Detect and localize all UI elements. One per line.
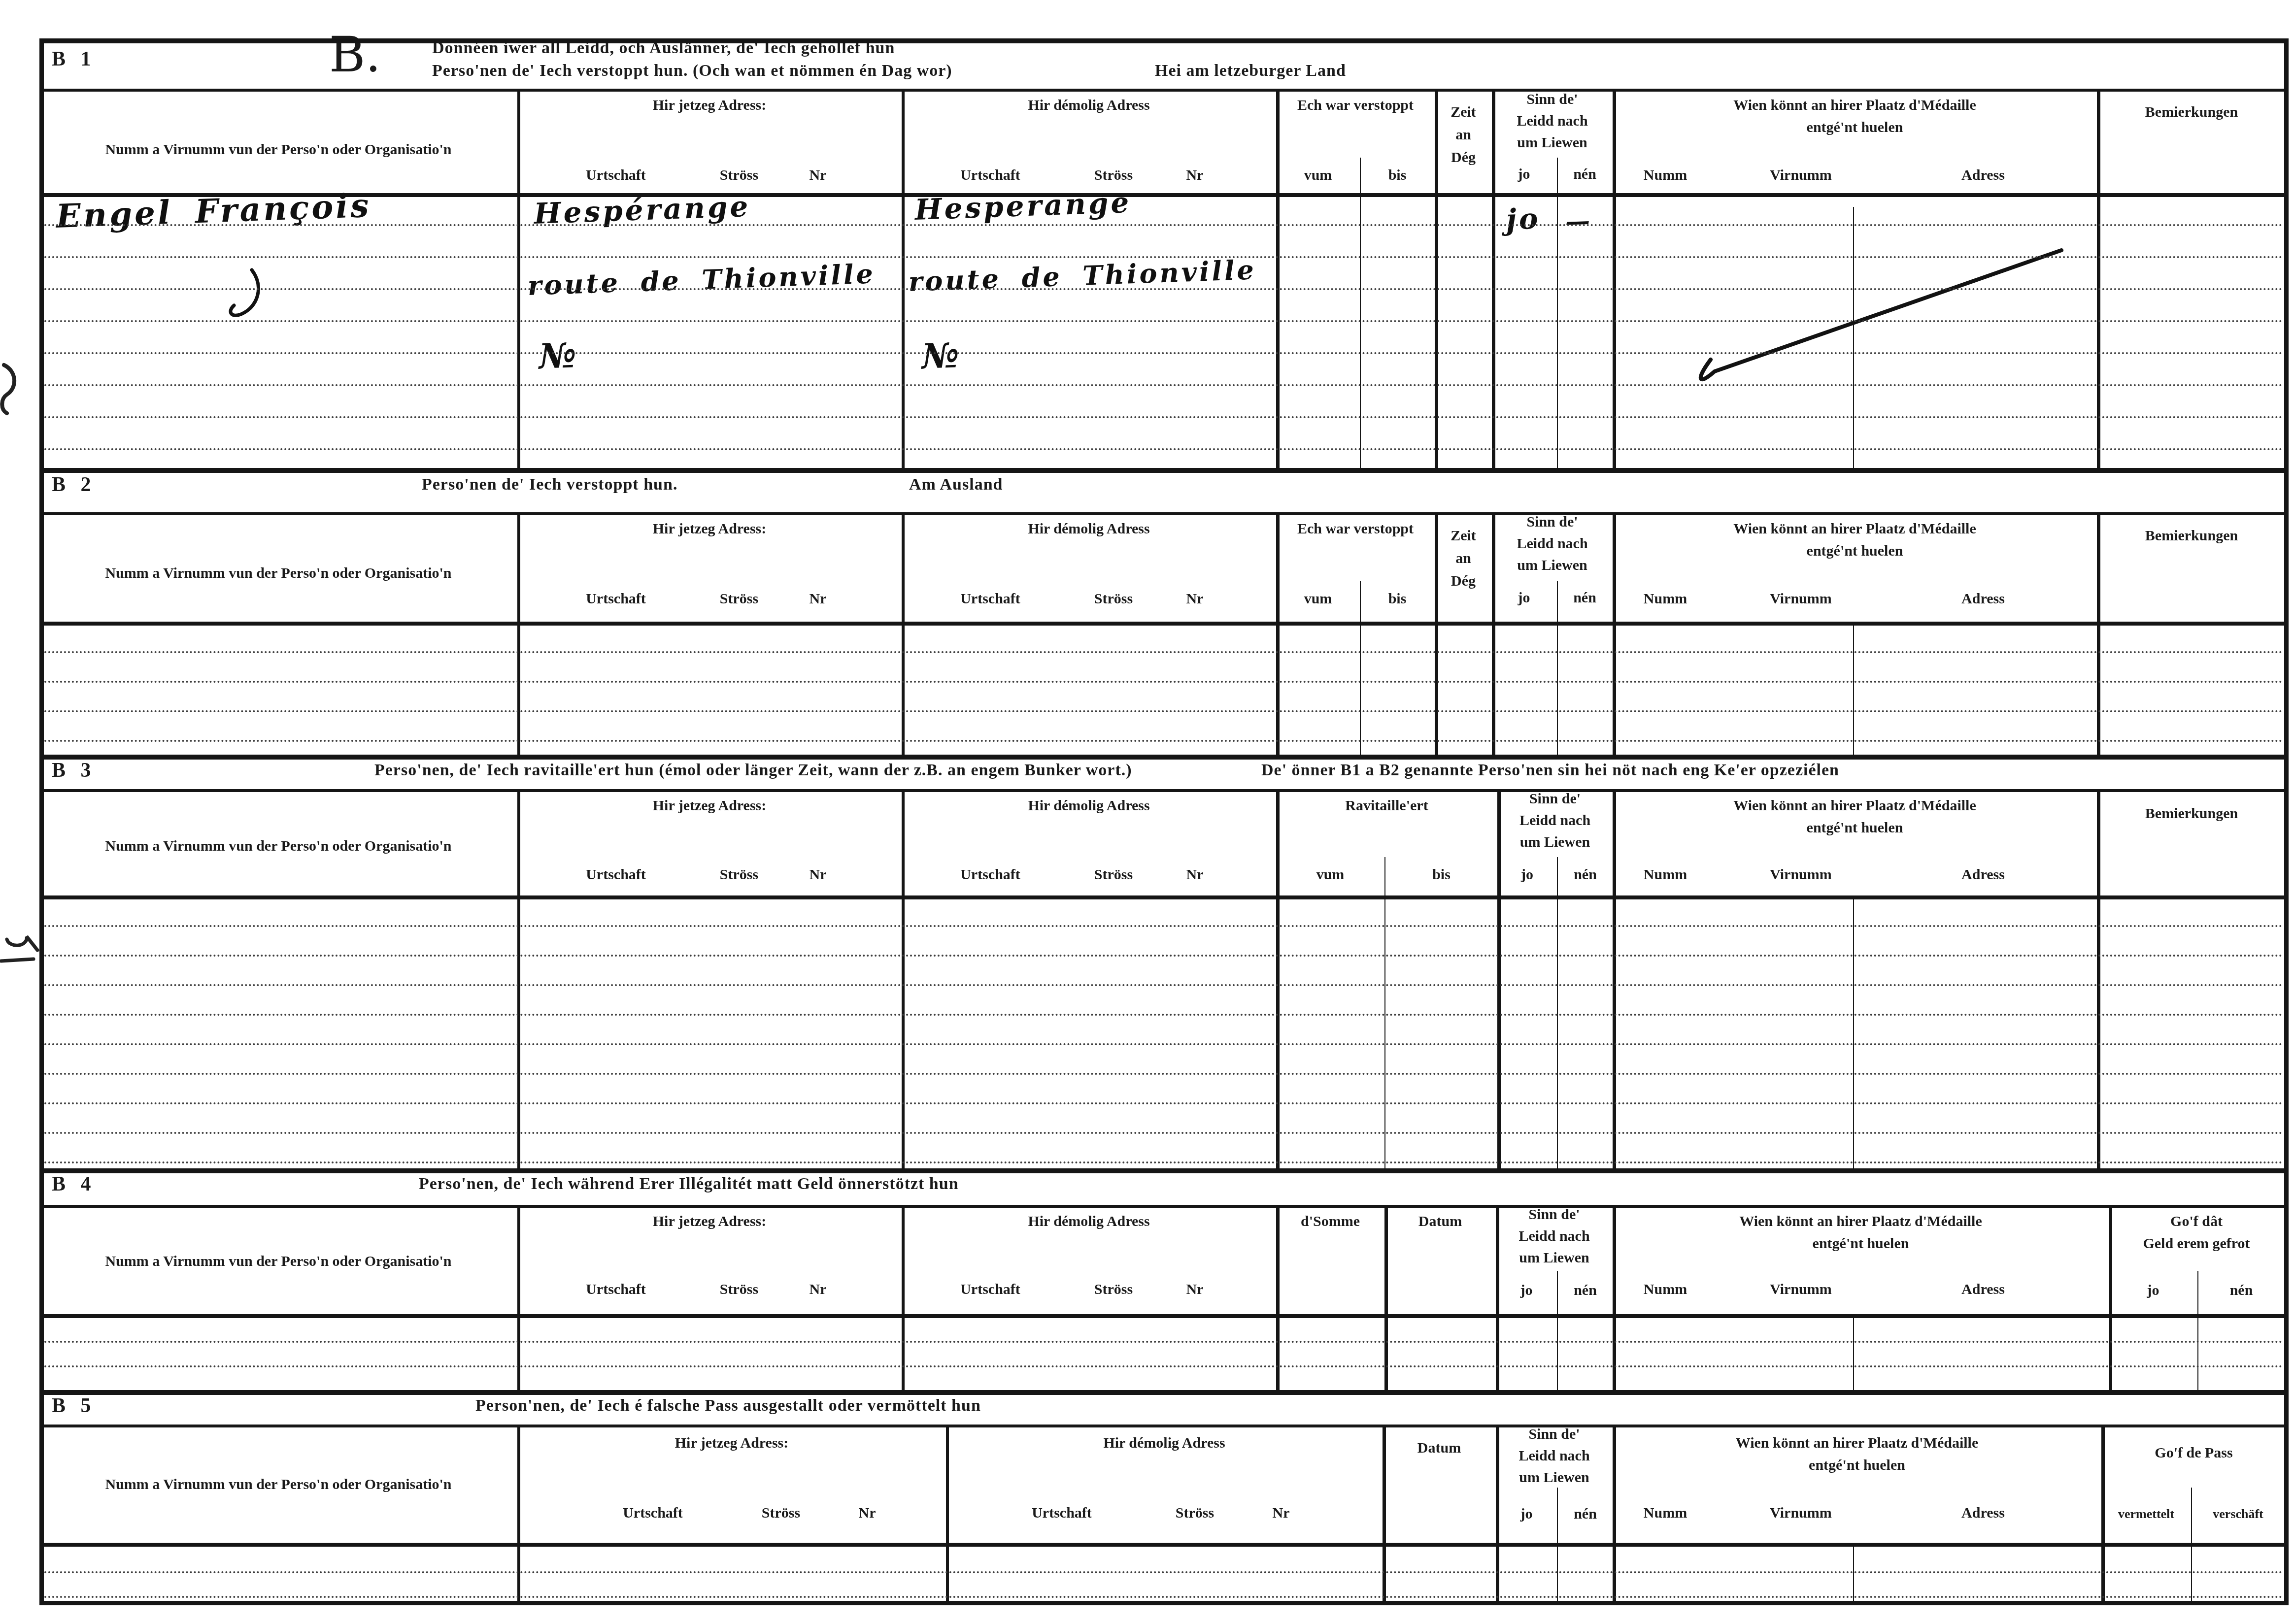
b2-col-name-org: Numm a Virnumm vun der Perso'n oder Orga…	[44, 565, 512, 581]
scanned-form-page: B 1 B. Donnéen iwer all Leidd, och Auslä…	[0, 0, 2294, 1624]
b5-col-demolig: Hir démolig Adress	[946, 1435, 1383, 1451]
section-b4-label: B 4	[52, 1173, 96, 1195]
row-rule	[39, 468, 2289, 473]
b3-sub-bis: bis	[1385, 867, 1497, 883]
b4-col-wien2: entgé'nt huelen	[1613, 1236, 2109, 1252]
b4-sub-nr: Nr	[788, 1282, 847, 1297]
b2-sub-stross2: Ströss	[1072, 591, 1155, 607]
b5-col-wien1: Wien könnt an hirer Plaatz d'Médaille	[1613, 1435, 2101, 1451]
b2-col-bemierkungen: Bemierkungen	[2097, 528, 2286, 544]
b2-sub-stross: Ströss	[700, 591, 778, 607]
b3-col-jetzeg: Hir jetzeg Adress:	[517, 798, 902, 814]
b3-sub-nr2: Nr	[1163, 867, 1227, 883]
row-rule	[39, 1425, 2289, 1427]
column-rule	[1492, 89, 1495, 468]
column-rule	[1497, 789, 1501, 1168]
b5-sub-virnumm: Virnumm	[1754, 1505, 1848, 1521]
b4-sub-gof-nen: nén	[2198, 1283, 2284, 1298]
b1-col-sinn1: Sinn de'	[1492, 92, 1613, 107]
b4-col-sinn2: Leidd nach	[1496, 1228, 1613, 1244]
dotted-writing-line	[44, 224, 2284, 226]
column-rule	[1435, 89, 1438, 468]
b1-sub-urtschaft2: Urtschaft	[944, 167, 1037, 183]
b5-sub-nen: nén	[1558, 1506, 1613, 1522]
section-b1-label: B 1	[52, 48, 96, 70]
b3-title-2: De' önner B1 a B2 genannte Perso'nen sin…	[1261, 762, 1839, 779]
b4-sub-numm: Numm	[1626, 1282, 1705, 1297]
column-rule	[902, 512, 905, 755]
b3-col-sinn1: Sinn de'	[1497, 791, 1613, 807]
b5-sub-verschaft: verschäft	[2192, 1507, 2284, 1521]
hw-demolig-urtschaft: Hesperange	[914, 186, 1132, 227]
b1-col-wien2: entgé'nt huelen	[1613, 120, 2097, 135]
dotted-writing-line	[44, 984, 2284, 986]
margin-ink-mark	[0, 914, 44, 968]
column-rule	[1613, 89, 1616, 468]
b3-col-bemierkungen: Bemierkungen	[2097, 806, 2286, 822]
row-rule	[39, 1543, 2289, 1547]
row-rule	[39, 512, 2289, 515]
column-rule	[1557, 158, 1558, 468]
b5-col-sinn2: Leidd nach	[1496, 1448, 1613, 1464]
dotted-writing-line	[44, 681, 2284, 683]
column-rule	[1276, 89, 1280, 468]
column-rule	[39, 38, 44, 1605]
b5-title: Person'nen, de' Iech é falsche Pass ausg…	[475, 1397, 981, 1415]
dotted-writing-line	[44, 416, 2284, 418]
column-rule	[517, 789, 520, 1168]
section-b-letter: B.	[329, 29, 381, 80]
b1-col-jetzeg: Hir jetzeg Adress:	[517, 98, 902, 113]
b2-sub-vum: vum	[1276, 591, 1360, 607]
hw-jetzeg-stross: route de Thionville	[527, 258, 876, 301]
b1-sub-nen: nén	[1557, 166, 1613, 182]
row-rule	[39, 1168, 2289, 1173]
b4-col-dsomme: d'Somme	[1276, 1214, 1384, 1229]
section-b3-label: B 3	[52, 760, 96, 781]
b1-sub-adress: Adress	[1926, 167, 2040, 183]
b4-sub-gof-jo: jo	[2109, 1283, 2197, 1298]
b4-sub-nen: nén	[1558, 1283, 1613, 1298]
column-rule	[1496, 1425, 1499, 1605]
row-rule	[39, 895, 2289, 899]
b1-sub-nr2: Nr	[1163, 167, 1227, 183]
b4-sub-urtschaft2: Urtschaft	[944, 1282, 1037, 1297]
column-rule	[517, 1205, 520, 1390]
column-rule	[1557, 857, 1558, 1168]
b2-sub-urtschaft: Urtschaft	[572, 591, 660, 607]
b1-sub-nr: Nr	[788, 167, 847, 183]
hw-demolig-stross: route de Thionville	[908, 254, 1257, 298]
b5-sub-urtschaft2: Urtschaft	[1015, 1505, 1109, 1521]
b3-sub-vum: vum	[1276, 867, 1384, 883]
b1-sub-jo: jo	[1492, 166, 1556, 182]
b2-sub-nen: nén	[1557, 590, 1613, 606]
b1-col-zeit1: Zeit	[1435, 104, 1492, 120]
b5-sub-urtschaft: Urtschaft	[606, 1505, 700, 1521]
b5-col-jetzeg: Hir jetzeg Adress:	[517, 1435, 946, 1451]
b2-sub-nr2: Nr	[1163, 591, 1227, 607]
column-rule	[2284, 38, 2289, 1605]
column-rule	[517, 89, 520, 468]
b2-sub-numm: Numm	[1626, 591, 1705, 607]
b2-col-sinn3: um Liewen	[1492, 558, 1613, 573]
b5-sub-stross2: Ströss	[1153, 1505, 1237, 1521]
b5-sub-adress: Adress	[1926, 1505, 2040, 1521]
b3-col-demolig: Hir démolig Adress	[902, 798, 1276, 814]
dotted-writing-line	[44, 1043, 2284, 1045]
dotted-writing-line	[44, 1132, 2284, 1134]
column-rule	[2097, 89, 2100, 468]
b5-sub-nr: Nr	[838, 1505, 897, 1521]
b2-col-zeit3: Dég	[1435, 573, 1492, 589]
handwritten-curl	[219, 266, 264, 320]
b1-col-sinn2: Leidd nach	[1492, 113, 1613, 129]
dotted-writing-line	[44, 1161, 2284, 1163]
dotted-writing-line	[44, 256, 2284, 258]
row-rule	[39, 1314, 2289, 1318]
b5-col-sinn1: Sinn de'	[1496, 1426, 1613, 1442]
b3-col-wien1: Wien könnt an hirer Plaatz d'Médaille	[1613, 798, 2097, 814]
dotted-writing-line	[44, 384, 2284, 386]
b3-sub-stross: Ströss	[700, 867, 778, 883]
dotted-writing-line	[44, 320, 2284, 322]
column-rule	[1435, 512, 1438, 755]
b3-sub-virnumm: Virnumm	[1754, 867, 1848, 883]
form-title-line2: Perso'nen de' Iech verstoppt hun. (Och w…	[432, 62, 952, 80]
column-rule	[517, 512, 520, 755]
b4-col-gof-dat1: Go'f dât	[2109, 1214, 2284, 1229]
b5-col-wien2: entgé'nt huelen	[1613, 1458, 2101, 1473]
column-rule	[2197, 1271, 2198, 1390]
b3-sub-numm: Numm	[1626, 867, 1705, 883]
column-rule	[1853, 622, 1854, 755]
column-rule	[1276, 512, 1280, 755]
b4-title: Perso'nen, de' Iech während Erer Illégal…	[419, 1175, 959, 1193]
b2-sub-nr: Nr	[788, 591, 847, 607]
hw-liewen-nen-dash: —	[1565, 206, 1593, 236]
margin-ink-mark	[0, 362, 34, 426]
b4-col-jetzeg: Hir jetzeg Adress:	[517, 1214, 902, 1229]
dotted-writing-line	[44, 448, 2284, 450]
row-rule	[39, 193, 2289, 197]
b2-subtitle: Am Ausland	[909, 476, 1003, 494]
b3-sub-adress: Adress	[1926, 867, 2040, 883]
hw-jetzeg-nr: №	[538, 334, 579, 377]
row-rule	[39, 1390, 2289, 1395]
b4-col-sinn3: um Liewen	[1496, 1250, 1613, 1266]
b3-col-name-org: Numm a Virnumm vun der Perso'n oder Orga…	[44, 838, 512, 854]
b1-col-name-org: Numm a Virnumm vun der Perso'n oder Orga…	[44, 142, 512, 158]
b1-col-demolig: Hir démolig Adress	[902, 98, 1276, 113]
column-rule	[1613, 512, 1616, 755]
column-rule	[2109, 1205, 2112, 1390]
column-rule	[902, 89, 905, 468]
b1-sub-vum: vum	[1276, 167, 1360, 183]
b2-title: Perso'nen de' Iech verstoppt hun.	[422, 476, 677, 494]
column-rule	[1613, 789, 1616, 1168]
b2-sub-adress: Adress	[1926, 591, 2040, 607]
b3-col-wien2: entgé'nt huelen	[1613, 820, 2097, 836]
column-rule	[1557, 581, 1558, 755]
b5-sub-jo: jo	[1496, 1506, 1557, 1522]
b5-sub-stross: Ströss	[739, 1505, 823, 1521]
b1-sub-numm: Numm	[1626, 167, 1705, 183]
column-rule	[1557, 1271, 1558, 1390]
b4-sub-stross2: Ströss	[1072, 1282, 1155, 1297]
b2-sub-jo: jo	[1492, 590, 1556, 606]
b2-col-zeit2: an	[1435, 551, 1492, 566]
b4-sub-virnumm: Virnumm	[1754, 1282, 1848, 1297]
column-rule	[1853, 1314, 1854, 1390]
b4-sub-jo: jo	[1496, 1283, 1557, 1298]
column-rule	[1276, 789, 1280, 1168]
row-rule	[39, 1205, 2289, 1208]
form-title-line2b: Hei am letzeburger Land	[1155, 62, 1346, 80]
column-rule	[1360, 581, 1361, 755]
hw-demolig-nr: №	[921, 334, 962, 377]
b3-sub-nr: Nr	[788, 867, 847, 883]
row-rule	[39, 89, 2289, 92]
dotted-writing-line	[44, 1073, 2284, 1075]
b3-sub-stross2: Ströss	[1072, 867, 1155, 883]
column-rule	[902, 789, 905, 1168]
dotted-writing-line	[44, 1102, 2284, 1104]
b2-sub-virnumm: Virnumm	[1754, 591, 1848, 607]
b5-sub-numm: Numm	[1626, 1505, 1705, 1521]
b4-col-demolig: Hir démolig Adress	[902, 1214, 1276, 1229]
b1-col-verstoppt: Ech war verstoppt	[1276, 98, 1435, 113]
b2-col-verstoppt: Ech war verstoppt	[1276, 521, 1435, 537]
b2-sub-urtschaft2: Urtschaft	[944, 591, 1037, 607]
b5-col-gof-pass: Go'f de Pass	[2101, 1445, 2286, 1461]
dotted-writing-line	[44, 710, 2284, 712]
column-rule	[2097, 512, 2100, 755]
column-rule	[1853, 207, 1854, 468]
column-rule	[2101, 1425, 2105, 1605]
column-rule	[1360, 158, 1361, 468]
row-rule	[39, 622, 2289, 626]
b4-col-gof-dat2: Geld erem gefrot	[2109, 1236, 2284, 1252]
b1-col-wien1: Wien könnt an hirer Plaatz d'Médaille	[1613, 98, 2097, 113]
column-rule	[1276, 1205, 1280, 1390]
row-rule	[39, 1601, 2289, 1605]
b4-sub-adress: Adress	[1926, 1282, 2040, 1297]
b4-sub-urtschaft: Urtschaft	[572, 1282, 660, 1297]
b5-col-datum: Datum	[1383, 1440, 1496, 1456]
b1-sub-stross2: Ströss	[1072, 167, 1155, 183]
b1-col-zeit3: Dég	[1435, 150, 1492, 166]
b5-sub-vermettelt: vermettelt	[2101, 1507, 2191, 1521]
column-rule	[2097, 789, 2100, 1168]
row-rule	[39, 38, 2289, 43]
b1-sub-bis: bis	[1361, 167, 1434, 183]
b4-col-datum: Datum	[1384, 1214, 1496, 1229]
column-rule	[1613, 1205, 1616, 1390]
section-b5-label: B 5	[52, 1395, 96, 1417]
column-rule	[1383, 1425, 1386, 1605]
b3-sub-nen: nén	[1558, 867, 1613, 883]
column-rule	[902, 1205, 905, 1390]
b1-col-zeit2: an	[1435, 127, 1492, 143]
row-rule	[39, 789, 2289, 792]
dotted-writing-line	[44, 1341, 2284, 1343]
column-rule	[517, 1425, 520, 1605]
column-rule	[1853, 895, 1854, 1168]
b4-col-wien1: Wien könnt an hirer Plaatz d'Médaille	[1613, 1214, 2109, 1229]
column-rule	[1492, 512, 1495, 755]
b1-sub-urtschaft: Urtschaft	[572, 167, 660, 183]
b5-col-sinn3: um Liewen	[1496, 1470, 1613, 1486]
column-rule	[1384, 1205, 1388, 1390]
b2-sub-bis: bis	[1361, 591, 1434, 607]
column-rule	[946, 1425, 949, 1605]
column-rule	[1384, 857, 1385, 1168]
dotted-writing-line	[44, 352, 2284, 354]
b2-col-sinn1: Sinn de'	[1492, 514, 1613, 530]
b4-col-sinn1: Sinn de'	[1496, 1207, 1613, 1223]
b3-col-ravitailleert: Ravitaille'ert	[1276, 798, 1497, 814]
b3-col-sinn3: um Liewen	[1497, 834, 1613, 850]
b5-col-name-org: Numm a Virnumm vun der Perso'n oder Orga…	[44, 1477, 512, 1492]
b2-col-wien1: Wien könnt an hirer Plaatz d'Médaille	[1613, 521, 2097, 537]
row-rule	[39, 755, 2289, 760]
dotted-writing-line	[44, 1365, 2284, 1367]
b3-title-1: Perso'nen, de' Iech ravitaille'ert hun (…	[374, 762, 1132, 779]
b3-sub-jo: jo	[1497, 867, 1557, 883]
b2-col-sinn2: Leidd nach	[1492, 536, 1613, 552]
b2-col-zeit1: Zeit	[1435, 528, 1492, 544]
b2-col-wien2: entgé'nt huelen	[1613, 543, 2097, 559]
dotted-writing-line	[44, 651, 2284, 653]
b1-col-sinn3: um Liewen	[1492, 135, 1613, 151]
dotted-writing-line	[44, 1571, 2284, 1573]
hw-liewen-jo: jo	[1506, 202, 1541, 236]
dotted-writing-line	[44, 925, 2284, 927]
dotted-writing-line	[44, 740, 2284, 742]
b3-sub-urtschaft: Urtschaft	[572, 867, 660, 883]
b1-sub-stross: Ströss	[700, 167, 778, 183]
b4-sub-stross: Ströss	[700, 1282, 778, 1297]
dotted-writing-line	[44, 955, 2284, 957]
b3-col-sinn2: Leidd nach	[1497, 813, 1613, 829]
b5-sub-nr2: Nr	[1251, 1505, 1311, 1521]
b1-col-bemierkungen: Bemierkungen	[2097, 104, 2286, 120]
b2-col-demolig: Hir démolig Adress	[902, 521, 1276, 537]
b4-col-name-org: Numm a Virnumm vun der Perso'n oder Orga…	[44, 1254, 512, 1269]
b4-sub-nr2: Nr	[1163, 1282, 1227, 1297]
dotted-writing-line	[44, 288, 2284, 290]
b3-sub-urtschaft2: Urtschaft	[944, 867, 1037, 883]
column-rule	[1613, 1425, 1616, 1605]
section-b2-label: B 2	[52, 474, 96, 496]
column-rule	[1496, 1205, 1499, 1390]
dotted-writing-line	[44, 1014, 2284, 1016]
dotted-writing-line	[44, 1596, 2284, 1598]
b2-col-jetzeg: Hir jetzeg Adress:	[517, 521, 902, 537]
b1-sub-virnumm: Virnumm	[1754, 167, 1848, 183]
